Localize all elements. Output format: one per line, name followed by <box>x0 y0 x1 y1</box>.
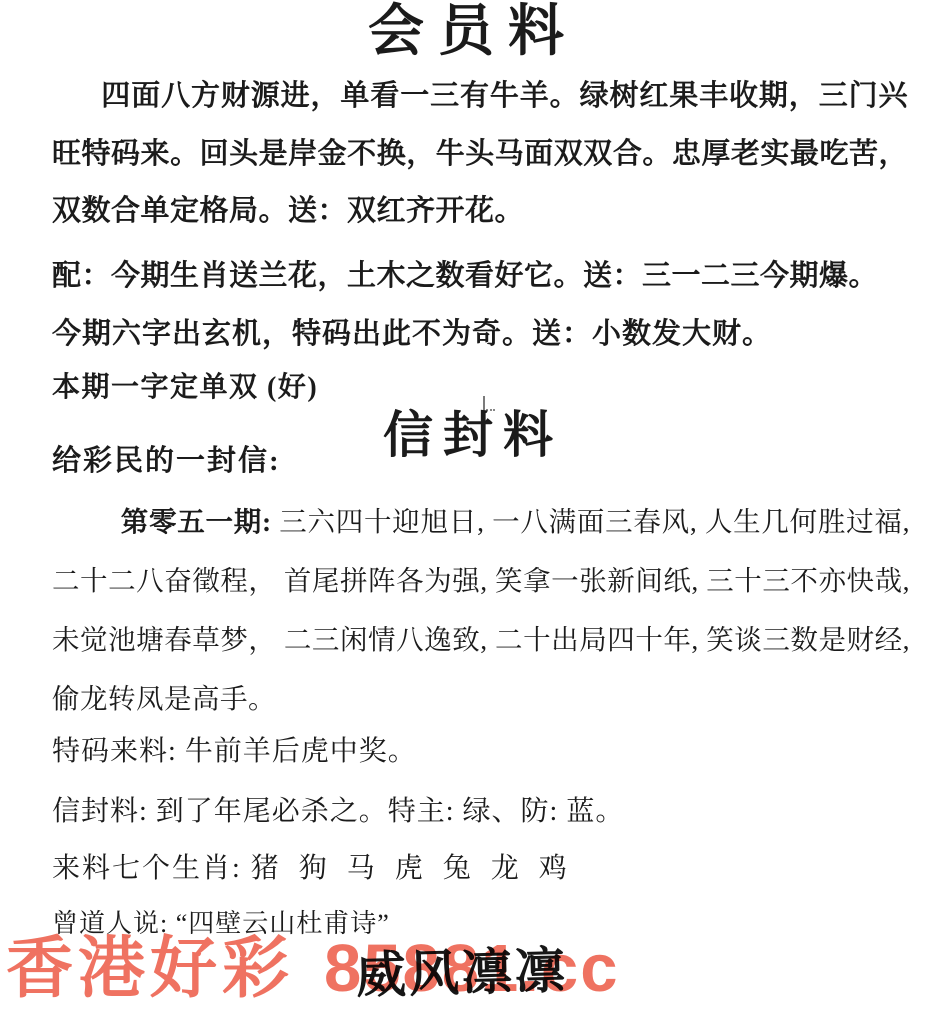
issue-poem-paragraph: 第零五一期: 三六四十迎旭日, 一八满面三春风, 人生几何胜过福, 二十二八奋徵… <box>52 492 910 728</box>
pei-tip-line: 配：今期生肖送兰花，土木之数看好它。送：三一二三今期爆。 <box>52 253 932 294</box>
special-code-tip-line: 特码来料: 牛前羊后虎中奖。 <box>52 729 932 769</box>
watermark-brand-text: 香港好彩 <box>6 931 294 1006</box>
scanned-tip-sheet: 会员料 四面八方财源进，单看一三有牛羊。绿树红果丰收期，三门兴旺特码来。回头是岸… <box>0 0 946 1024</box>
issue-poem-text: 三六四十迎旭日, 一八满面三春风, 人生几何胜过福, 二十二八奋徵程， 首尾拼阵… <box>52 506 910 714</box>
issue-number-label: 第零五一期: <box>121 506 272 537</box>
brush-stamp-text: 威风凛凛 <box>355 940 568 1006</box>
member-section-title: 会员料 <box>0 0 946 64</box>
zodiac-tip-line: 来料七个生肖: 猪 狗 马 虎 兔 龙 鸡 <box>52 846 932 886</box>
six-char-tip-line: 今期六字出玄机，特码出此不为奇。送：小数发大财。 <box>52 311 932 352</box>
letter-intro-line: 给彩民的一封信: <box>52 438 281 479</box>
envelope-kill-tip-line: 信封料: 到了年尾必杀之。特主: 绿、防: 蓝。 <box>52 789 932 829</box>
member-section-paragraph: 四面八方财源进，单看一三有牛羊。绿树红果丰收期，三门兴旺特码来。回头是岸金不换，… <box>52 68 908 241</box>
